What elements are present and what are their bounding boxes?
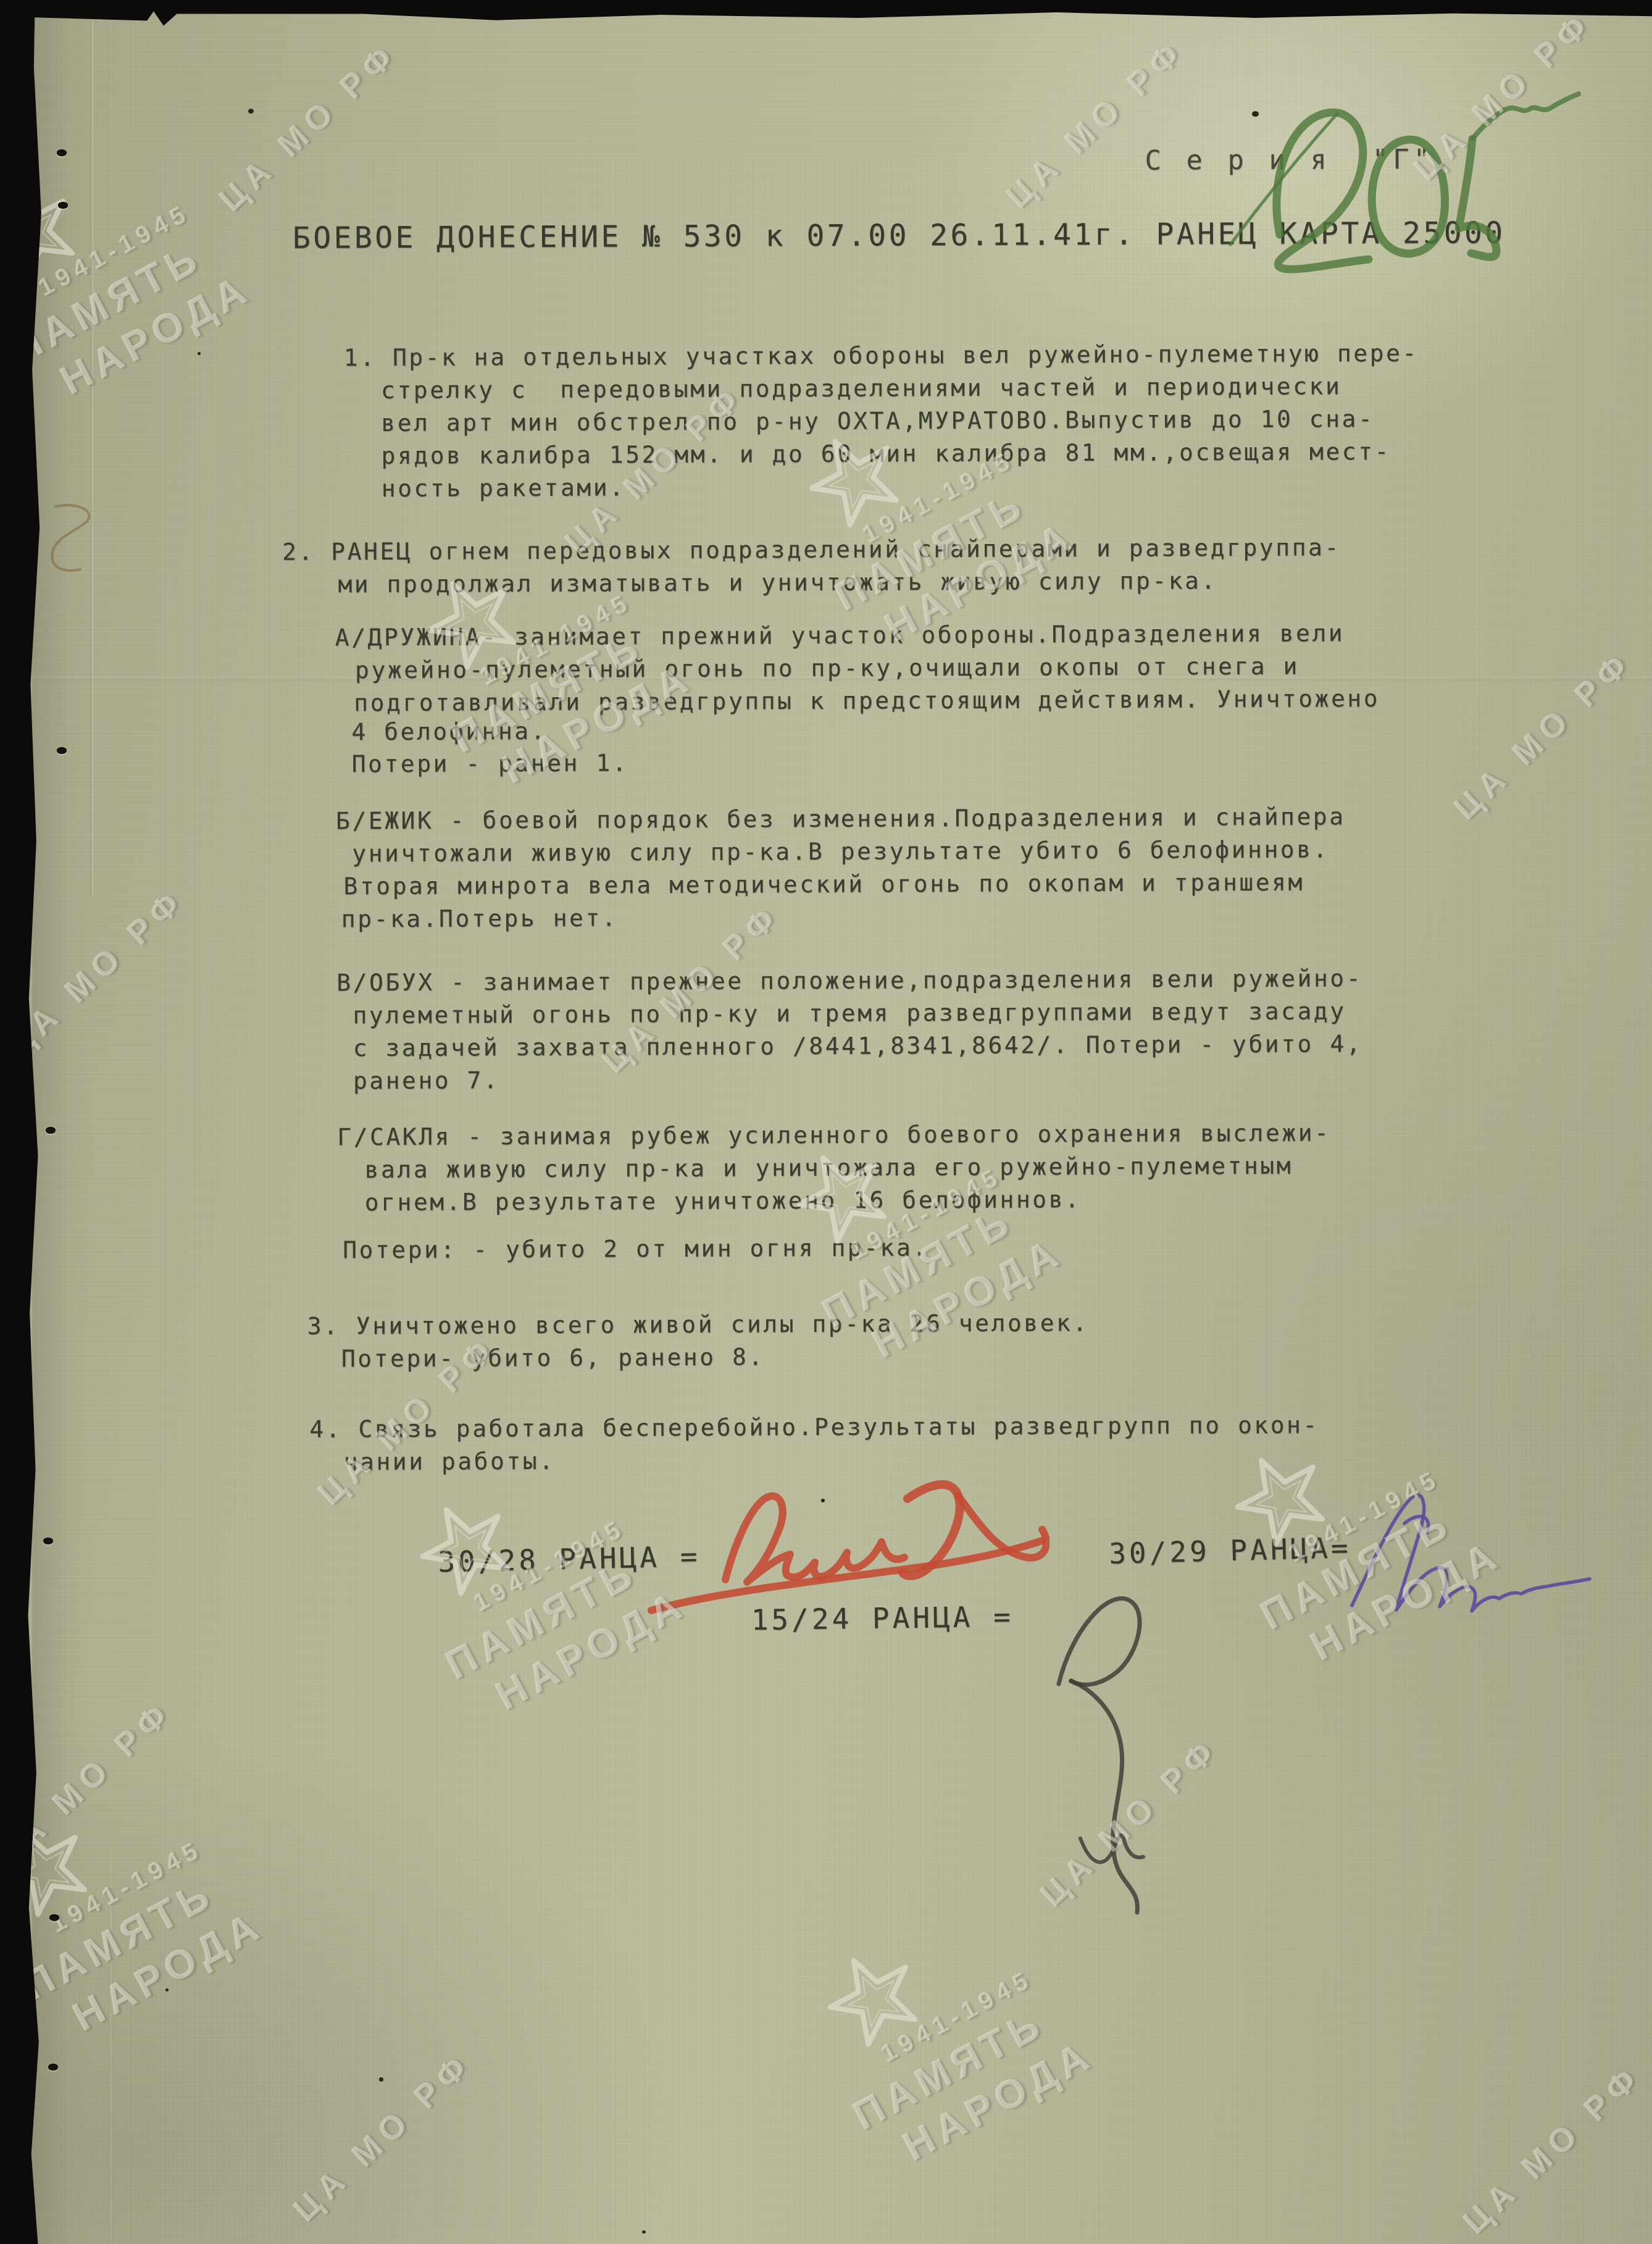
- typewritten-line: Потери- убито 6, ранено 8.: [341, 1344, 765, 1372]
- punch-hole: [49, 1914, 59, 1921]
- handwritten-page-number: [1225, 79, 1596, 283]
- punch-hole: [43, 1538, 53, 1544]
- punch-hole: [48, 2064, 58, 2070]
- paper-speck: [198, 352, 201, 355]
- signature-violet-ink: [1346, 1485, 1630, 1646]
- paper-speck: [379, 2077, 383, 2082]
- typewritten-line: вала живую силу пр-ка и уничтожала его р…: [364, 1153, 1293, 1183]
- typewritten-line: чании работы.: [343, 1449, 555, 1475]
- signature-red-pencil: [642, 1470, 1049, 1630]
- typewritten-layer: С е р и я "Г". БОЕВОЕ ДОНЕСЕНИЕ № 530 к …: [0, 0, 1652, 2244]
- typewritten-line: 1. Пр-к на отдельных участках обороны ве…: [344, 341, 1419, 371]
- typewritten-line: ми продолжал изматывать и уничтожать жив…: [338, 568, 1217, 598]
- typewritten-line: подготавливали разведгруппы к предстоящи…: [354, 686, 1380, 716]
- typewritten-line: Г/САКЛя - занимая рубеж усиленного боево…: [337, 1120, 1330, 1150]
- scanned-document-page: С е р и я "Г". БОЕВОЕ ДОНЕСЕНИЕ № 530 к …: [0, 0, 1652, 2244]
- typewritten-line: пр-ка.Потерь нет.: [341, 905, 619, 932]
- punch-hole: [57, 149, 67, 156]
- typewritten-line: А/ДРУЖИНА- занимает прежний участок обор…: [335, 621, 1345, 651]
- signature-black-ink: [1037, 1572, 1210, 1930]
- typewritten-line: 4. Связь работала бесперебойно.Результат…: [309, 1412, 1319, 1442]
- typewritten-line: Потери: - убито 2 от мин огня пр-ка.: [343, 1235, 929, 1263]
- typewritten-line: Б/ЕЖИК - боевой порядок без изменения.По…: [336, 804, 1346, 834]
- typewritten-line: 2. РАНЕЦ огнем передовых подразделений с…: [282, 535, 1341, 565]
- paper-speck: [165, 1988, 169, 1991]
- typewritten-line: рядов калибра 152 мм. и до 60 мин калибр…: [381, 439, 1391, 469]
- typewritten-line: с задачей захвата пленного /8441,8341,86…: [353, 1031, 1363, 1061]
- punch-hole: [57, 747, 67, 754]
- typewritten-line: ранено 7.: [353, 1068, 500, 1094]
- typewritten-line: вел арт мин обстрел по р-ну ОХТА,МУРАТОВ…: [381, 406, 1374, 437]
- typewritten-line: Потери - ранен 1.: [352, 750, 629, 777]
- typewritten-line: ружейно-пулеметный огонь по пр-ку,очищал…: [355, 654, 1299, 684]
- typewritten-line: стрелку с передовыми подразделениями час…: [381, 374, 1341, 404]
- typewritten-line: 4 белофинна.: [351, 719, 547, 745]
- typewritten-line: огнем.В результате уничтожено 16 белофин…: [365, 1187, 1082, 1216]
- paper-fiber: [37, 500, 111, 611]
- punch-hole: [58, 202, 68, 209]
- paper-speck: [248, 109, 254, 114]
- typewritten-line: ность ракетами.: [382, 475, 626, 502]
- paper-speck: [821, 1499, 825, 1502]
- typewritten-line: 3. Уничтожено всего живой силы пр-ка 26 …: [307, 1310, 1089, 1339]
- paper-sheet: С е р и я "Г". БОЕВОЕ ДОНЕСЕНИЕ № 530 к …: [0, 0, 1652, 2244]
- paper-speck: [642, 2230, 646, 2234]
- typewritten-line: уничтожали живую силу пр-ка.В результате…: [352, 837, 1329, 867]
- punch-hole: [46, 1127, 56, 1134]
- paper-speck: [1252, 111, 1259, 117]
- typewritten-line: пулеметный огонь по пр-ку и тремя развед…: [353, 998, 1346, 1029]
- typewritten-line: В/ОБУХ - занимает прежнее положение,подр…: [336, 966, 1362, 996]
- signature-caption: 30/29 РАНЦА=: [1109, 1532, 1351, 1570]
- typewritten-line: Вторая минрота вела методический огонь п…: [343, 870, 1304, 900]
